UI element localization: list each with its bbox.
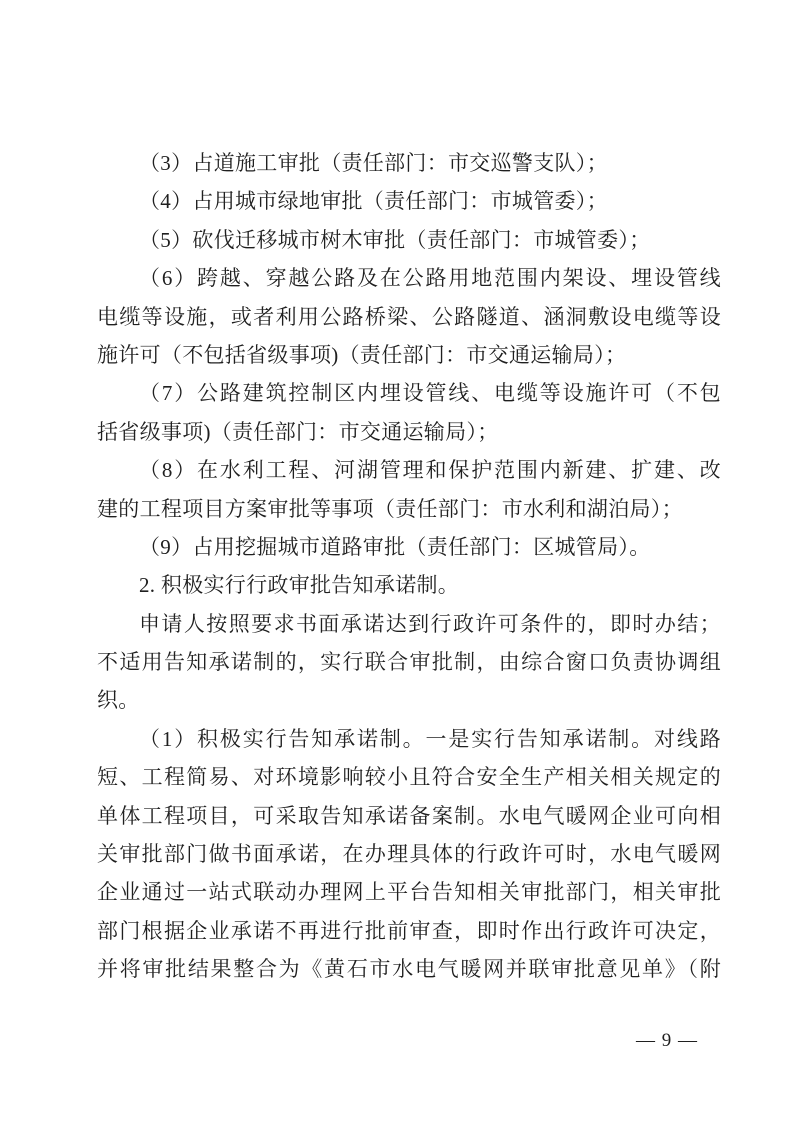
text-line: （1）积极实行告知承诺制。一是实行告知承诺制。对线路 xyxy=(97,720,721,758)
text-line: 并将审批结果整合为《黄石市水电气暖网并联审批意见单》（附 xyxy=(97,950,721,988)
text-line: （9）占用挖掘城市道路审批（责任部门：区城管局）。 xyxy=(97,528,721,566)
text-line: （7）公路建筑控制区内埋设管线、电缆等设施许可（不包 xyxy=(97,374,721,412)
document-body: （3）占道施工审批（责任部门：市交巡警支队）；（4）占用城市绿地审批（责任部门：… xyxy=(97,144,721,989)
text-line: 建的工程项目方案审批等事项（责任部门：市水利和湖泊局）； xyxy=(97,490,721,528)
text-line: 申请人按照要求书面承诺达到行政许可条件的，即时办结； xyxy=(97,605,721,643)
text-line: 不适用告知承诺制的，实行联合审批制，由综合窗口负责协调组 xyxy=(97,643,721,681)
text-line: 电缆等设施，或者利用公路桥梁、公路隧道、涵洞敷设电缆等设 xyxy=(97,298,721,336)
text-line: 括省级事项)（责任部门：市交通运输局）； xyxy=(97,413,721,451)
text-line: 施许可（不包括省级事项)（责任部门：市交通运输局）； xyxy=(97,336,721,374)
text-line: （3）占道施工审批（责任部门：市交巡警支队）； xyxy=(97,144,721,182)
document-page: （3）占道施工审批（责任部门：市交巡警支队）；（4）占用城市绿地审批（责任部门：… xyxy=(0,0,794,1123)
text-line: （6）跨越、穿越公路及在公路用地范围内架设、埋设管线 xyxy=(97,259,721,297)
page-number: — 9 — xyxy=(636,1028,706,1054)
text-line: 关审批部门做书面承诺，在办理具体的行政许可时，水电气暖网 xyxy=(97,835,721,873)
text-line: （5）砍伐迁移城市树木审批（责任部门：市城管委）； xyxy=(97,221,721,259)
text-line: （8）在水利工程、河湖管理和保护范围内新建、扩建、改 xyxy=(97,451,721,489)
text-line: 织。 xyxy=(97,681,721,719)
text-line: 短、工程简易、对环境影响较小且符合安全生产相关相关规定的 xyxy=(97,758,721,796)
text-line: 单体工程项目，可采取告知承诺备案制。水电气暖网企业可向相 xyxy=(97,797,721,835)
text-line: 企业通过一站式联动办理网上平台告知相关审批部门，相关审批 xyxy=(97,873,721,911)
text-line: 部门根据企业承诺不再进行批前审查，即时作出行政许可决定， xyxy=(97,912,721,950)
text-line: 2. 积极实行行政审批告知承诺制。 xyxy=(97,566,721,604)
text-line: （4）占用城市绿地审批（责任部门：市城管委）； xyxy=(97,182,721,220)
